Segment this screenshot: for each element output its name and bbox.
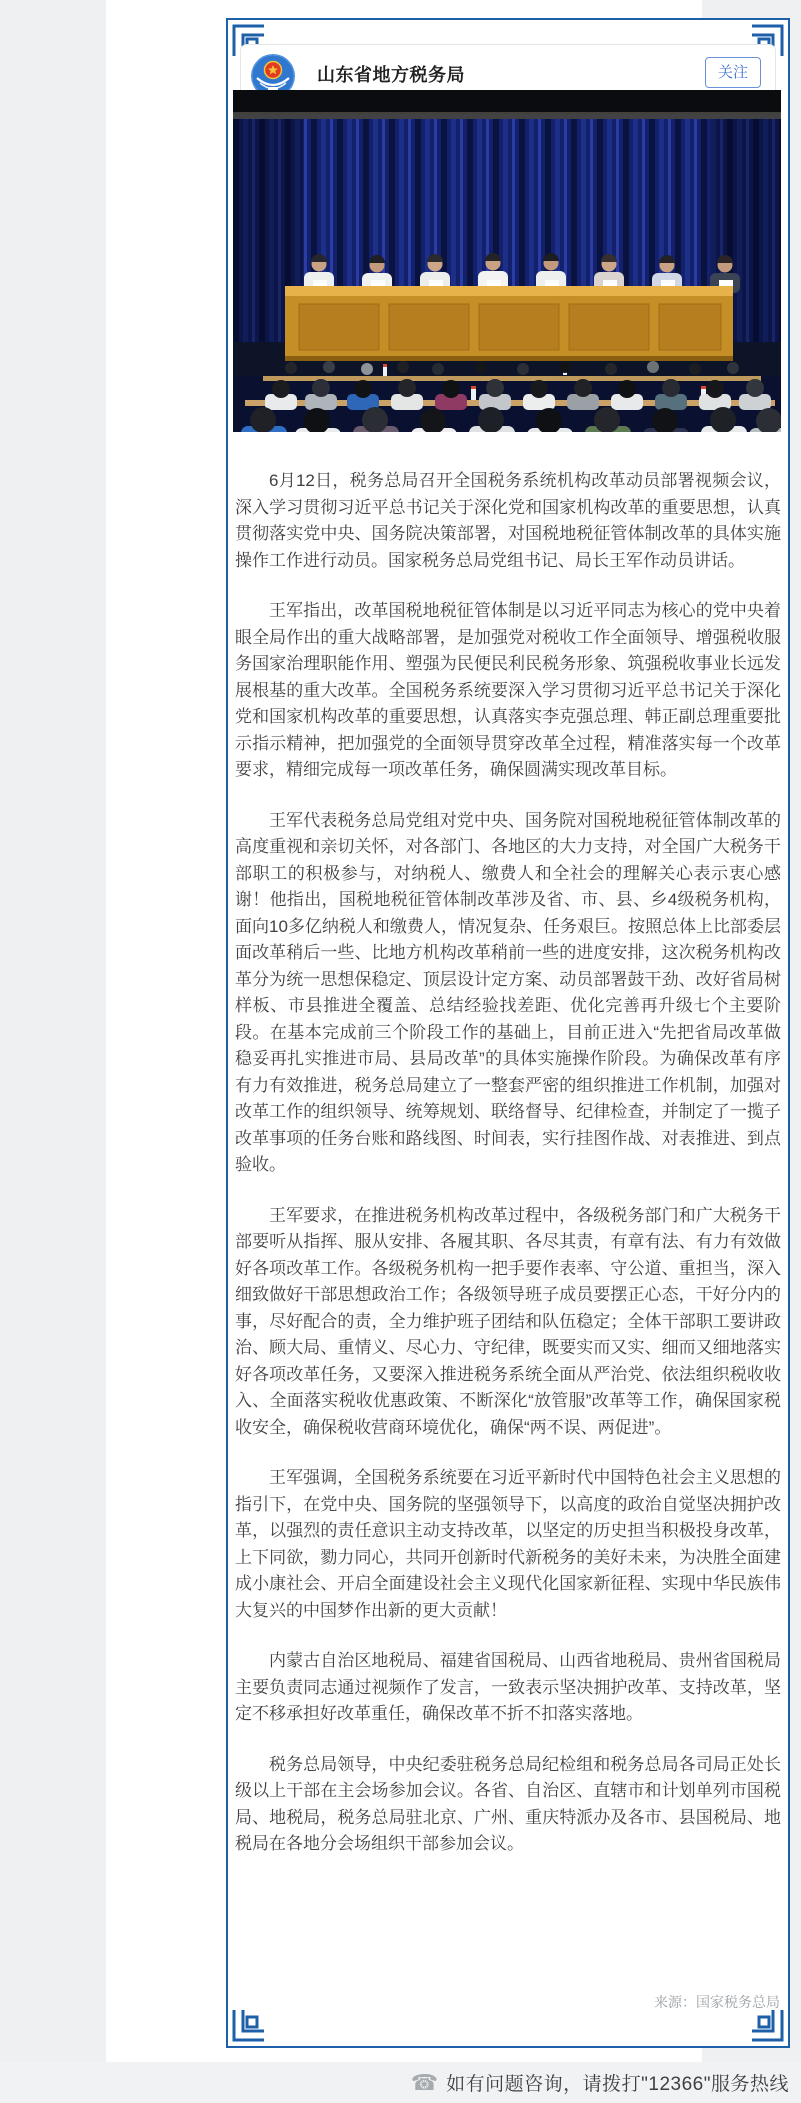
article-paragraph: 税务总局领导，中央纪委驻税务总局纪检组和税务总局各司局正处长级以上干部在主会场参… xyxy=(235,1752,781,1858)
fret-corner-bottom-right-icon xyxy=(751,2009,785,2043)
phone-icon: ☎ xyxy=(411,2070,438,2096)
article-paragraph: 内蒙古自治区地税局、福建省国税局、山西省地税局、贵州省国税局主要负责同志通过视频… xyxy=(235,1648,781,1728)
article-paragraph: 王军要求，在推进税务机构改革过程中，各级税务部门和广大税务干部要听从指挥、服从安… xyxy=(235,1203,781,1442)
article-paragraph: 王军指出，改革国税地税征管体制是以习近平同志为核心的党中央着眼全局作出的重大战略… xyxy=(235,598,781,784)
article-body: 6月12日，税务总局召开全国税务系统机构改革动员部署视频会议，深入学习贯彻习近平… xyxy=(235,468,781,1882)
hotline-text: 如有问题咨询，请拨打"12366"服务热线 xyxy=(446,2069,789,2096)
article-source: 来源：国家税务总局 xyxy=(654,1992,780,2012)
article-panel: 山东省地方税务局 ID：sdsdsj01 关注 xyxy=(106,0,702,2062)
decorative-blue-frame: 山东省地方税务局 ID：sdsdsj01 关注 xyxy=(226,18,790,2048)
follow-button[interactable]: 关注 xyxy=(705,57,761,88)
service-hotline-footer: ☎ 如有问题咨询，请拨打"12366"服务热线 xyxy=(0,2062,801,2103)
fret-corner-bottom-left-icon xyxy=(231,2009,265,2043)
article-paragraph: 王军代表税务总局党组对党中央、国务院对国税地税征管体制改革的高度重视和亲切关怀，… xyxy=(235,808,781,1179)
article-paragraph: 6月12日，税务总局召开全国税务系统机构改革动员部署视频会议，深入学习贯彻习近平… xyxy=(235,468,781,574)
article-paragraph: 王军强调，全国税务系统要在习近平新时代中国特色社会主义思想的指引下，在党中央、国… xyxy=(235,1465,781,1624)
account-name: 山东省地方税务局 xyxy=(317,61,465,87)
conference-meeting-photo xyxy=(233,90,781,432)
